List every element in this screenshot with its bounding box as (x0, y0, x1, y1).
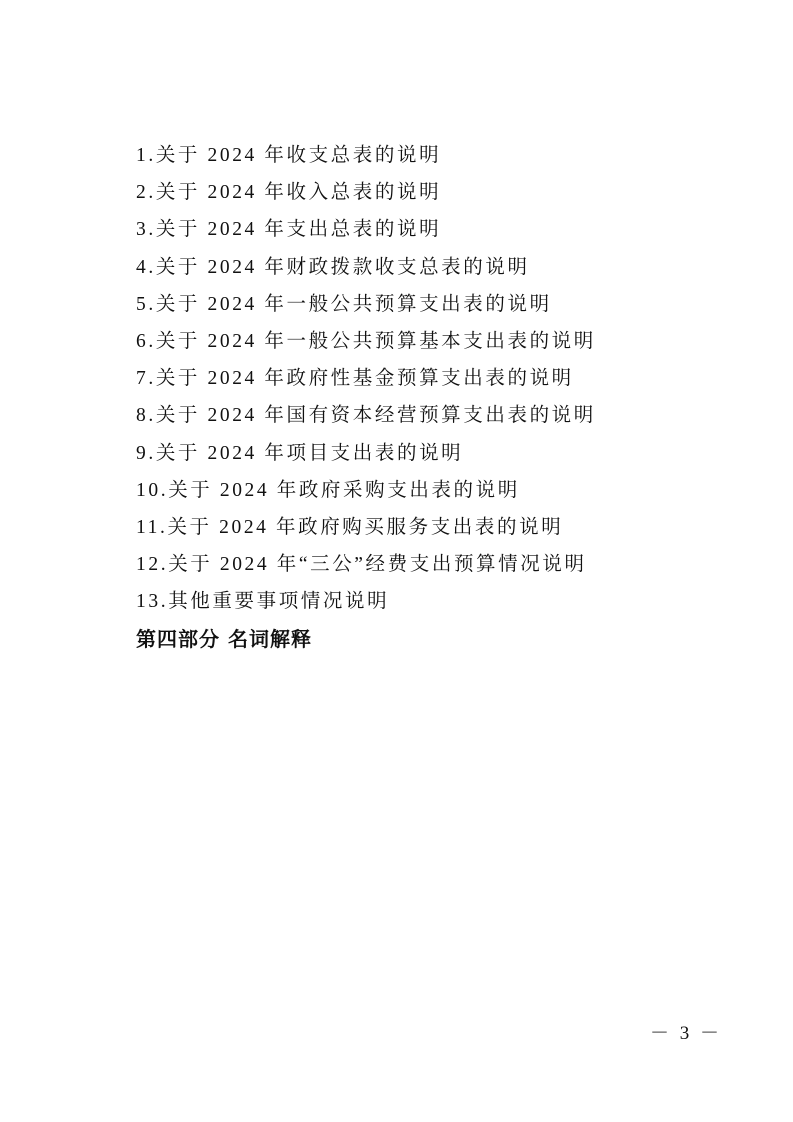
page-number: － 3 － (650, 1018, 722, 1045)
toc-item-number: 2. (136, 182, 156, 203)
toc-item-text: 关于 2024 年收入总表的说明 (156, 182, 441, 203)
toc-item-text: 关于 2024 年政府采购支出表的说明 (168, 480, 520, 501)
toc-item-text: 关于 2024 年国有资本经营预算支出表的说明 (156, 405, 596, 426)
toc-item-number: 5. (136, 294, 156, 315)
toc-item-5: 5.关于 2024 年一般公共预算支出表的说明 (136, 290, 596, 327)
toc-item-text: 关于 2024 年收支总表的说明 (156, 145, 441, 166)
toc-item-2: 2.关于 2024 年收入总表的说明 (136, 178, 596, 215)
section-heading: 第四部分 名词解释 (136, 624, 596, 661)
toc-item-text: 关于 2024 年“三公”经费支出预算情况说明 (168, 554, 586, 575)
toc-item-number: 7. (136, 368, 156, 389)
toc-item-12: 12.关于 2024 年“三公”经费支出预算情况说明 (136, 550, 596, 587)
toc-item-number: 4. (136, 257, 156, 278)
toc-item-3: 3.关于 2024 年支出总表的说明 (136, 215, 596, 252)
toc-item-text: 关于 2024 年财政拨款收支总表的说明 (156, 257, 530, 278)
toc-item-text: 关于 2024 年一般公共预算基本支出表的说明 (156, 331, 596, 352)
toc-item-number: 1. (136, 145, 156, 166)
toc-item-13: 13.其他重要事项情况说明 (136, 587, 596, 624)
toc-item-number: 10. (136, 480, 168, 501)
toc-item-4: 4.关于 2024 年财政拨款收支总表的说明 (136, 253, 596, 290)
toc-item-number: 8. (136, 405, 156, 426)
toc-item-number: 13. (136, 591, 168, 612)
toc-item-text: 关于 2024 年支出总表的说明 (156, 219, 441, 240)
table-of-contents: 1.关于 2024 年收支总表的说明 2.关于 2024 年收入总表的说明 3.… (136, 141, 596, 661)
toc-item-9: 9.关于 2024 年项目支出表的说明 (136, 439, 596, 476)
document-page: 1.关于 2024 年收支总表的说明 2.关于 2024 年收入总表的说明 3.… (0, 0, 793, 1122)
toc-item-text: 关于 2024 年政府购买服务支出表的说明 (167, 517, 563, 538)
toc-item-8: 8.关于 2024 年国有资本经营预算支出表的说明 (136, 401, 596, 438)
toc-item-text: 关于 2024 年一般公共预算支出表的说明 (156, 294, 552, 315)
toc-item-11: 11.关于 2024 年政府购买服务支出表的说明 (136, 513, 596, 550)
toc-item-text: 关于 2024 年项目支出表的说明 (156, 443, 463, 464)
toc-item-number: 6. (136, 331, 156, 352)
toc-item-10: 10.关于 2024 年政府采购支出表的说明 (136, 476, 596, 513)
toc-item-number: 3. (136, 219, 156, 240)
toc-item-6: 6.关于 2024 年一般公共预算基本支出表的说明 (136, 327, 596, 364)
toc-item-7: 7.关于 2024 年政府性基金预算支出表的说明 (136, 364, 596, 401)
toc-item-text: 关于 2024 年政府性基金预算支出表的说明 (156, 368, 574, 389)
toc-item-number: 12. (136, 554, 168, 575)
toc-item-number: 11. (136, 517, 167, 538)
toc-item-1: 1.关于 2024 年收支总表的说明 (136, 141, 596, 178)
toc-item-number: 9. (136, 443, 156, 464)
toc-item-text: 其他重要事项情况说明 (168, 591, 389, 612)
